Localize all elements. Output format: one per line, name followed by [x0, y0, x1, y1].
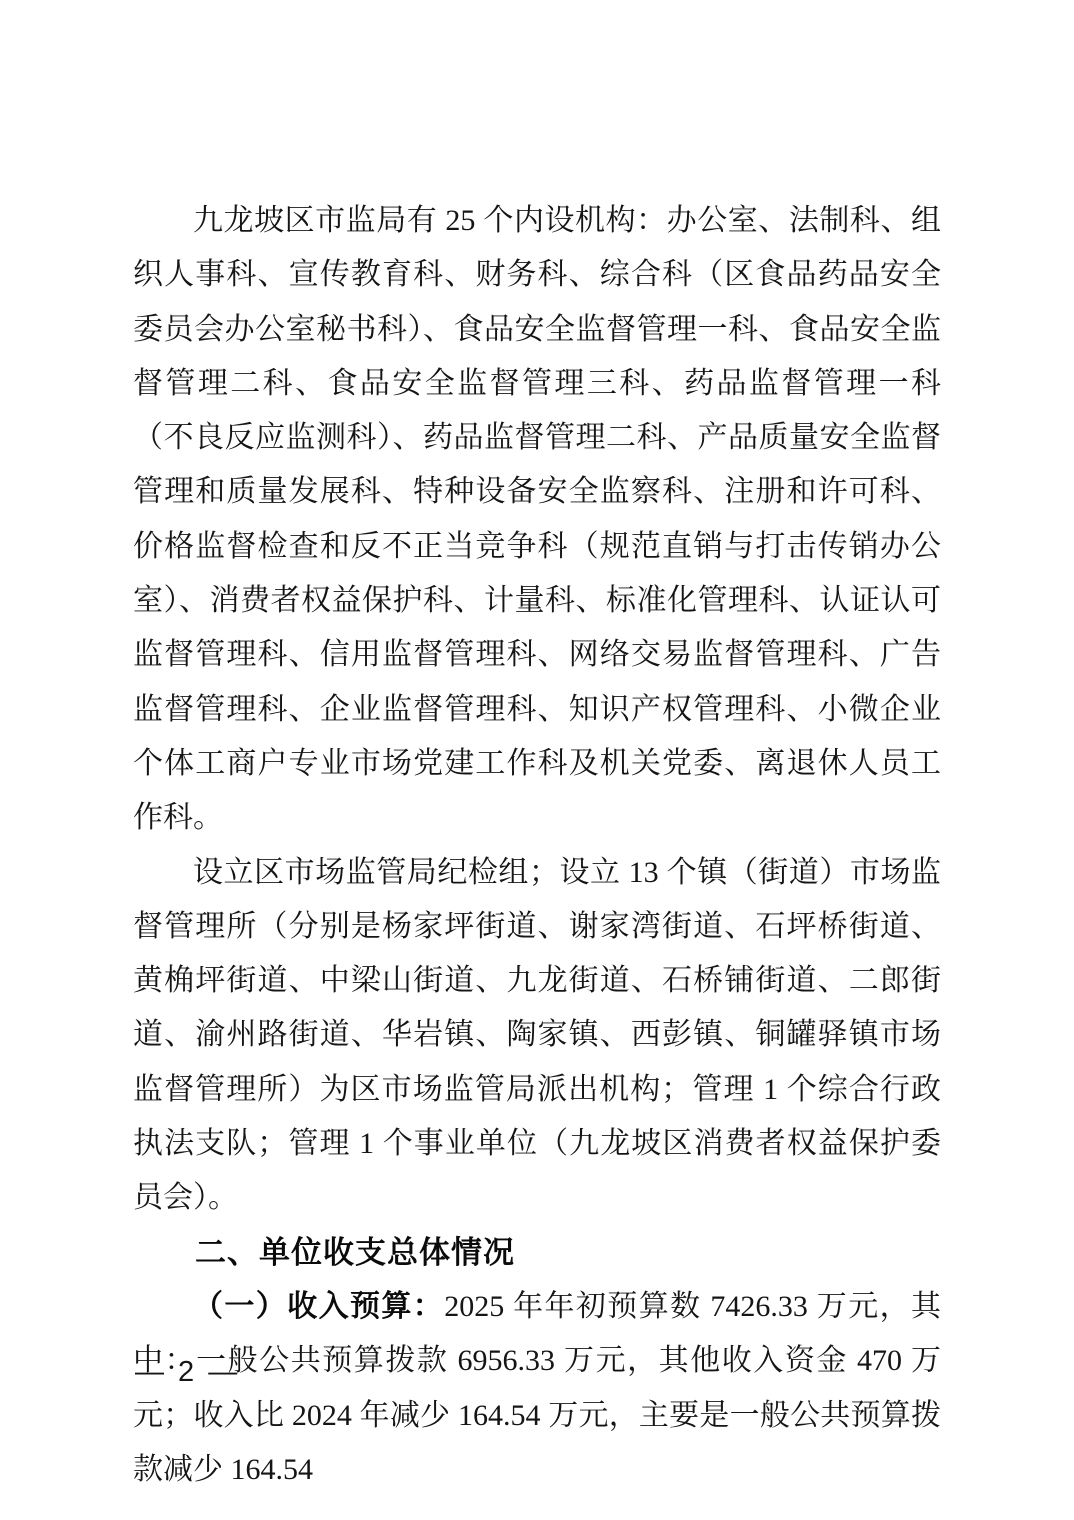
income-budget-lead-label: （一）收入预算： [193, 1290, 444, 1323]
paragraph-income-budget: （一）收入预算：2025 年年初预算数 7426.33 万元，其中：一般公共预算… [133, 1280, 941, 1497]
document-page: 九龙坡区市监局有 25 个内设机构：办公室、法制科、组织人事科、宣传教育科、财务… [0, 0, 1074, 1520]
page-number: — 2 — [135, 1356, 240, 1388]
document-body: 九龙坡区市监局有 25 个内设机构：办公室、法制科、组织人事科、宣传教育科、财务… [133, 194, 941, 1497]
paragraph-dispatched-agencies: 设立区市场监管局纪检组；设立 13 个镇（街道）市场监督管理所（分别是杨家坪街道… [133, 846, 941, 1226]
paragraph-internal-departments: 九龙坡区市监局有 25 个内设机构：办公室、法制科、组织人事科、宣传教育科、财务… [133, 194, 941, 846]
page-footer: — 2 — [135, 1356, 240, 1389]
section-heading-revenue-expenditure: 二、单位收支总体情况 [133, 1226, 941, 1280]
